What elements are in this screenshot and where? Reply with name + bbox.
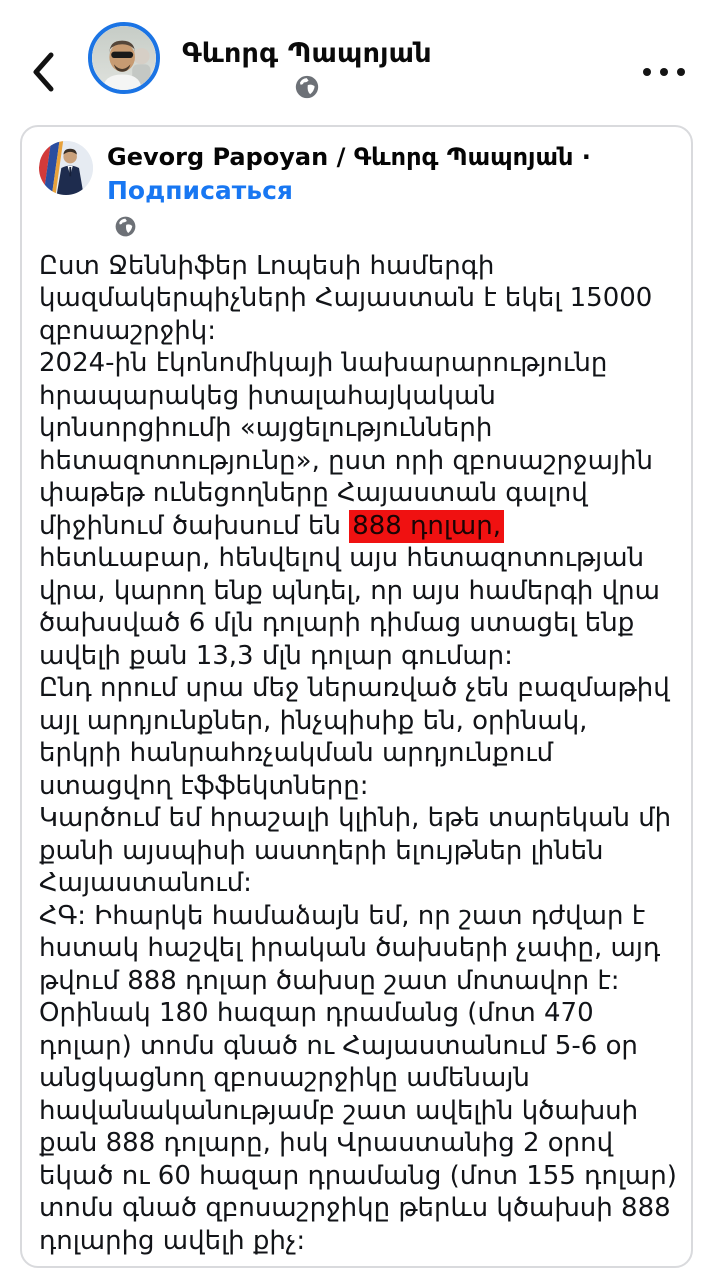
ellipsis-icon	[643, 68, 685, 76]
post-author-avatar[interactable]	[39, 141, 93, 195]
follow-button[interactable]: Подписаться	[107, 175, 293, 208]
chevron-left-icon	[28, 79, 58, 98]
avatar-photo-icon	[39, 141, 93, 195]
post-text-paragraph: ՀԳ: Իհարկե համաձայն եմ, որ շատ դժվար է հ…	[39, 900, 677, 1258]
post-body: Ըստ Ջեննիֆեր Լոպեսի համերգի կազմակերպիչն…	[39, 250, 677, 1258]
post-card: Gevorg Papoyan / Գևորգ Պապոյան · Подписа…	[20, 125, 693, 1268]
globe-icon	[182, 74, 432, 100]
profile-name-block: Գևորգ Պապոյան	[182, 22, 432, 100]
more-options-button[interactable]	[643, 62, 685, 82]
profile-header[interactable]: Գևորգ Պապոյան	[88, 22, 432, 100]
profile-avatar[interactable]	[88, 22, 160, 94]
post-text-segment: 2024-ին էկոնոմիկայի նախարարությունը հրապ…	[39, 348, 653, 541]
post-author-link[interactable]: Gevorg Papoyan / Գևորգ Պապոյան ·	[107, 141, 591, 173]
post-text-paragraph: Ըստ Ջեննիֆեր Լոպեսի համերգի կազմակերպիչն…	[39, 250, 677, 348]
highlighted-text: 888 դոլար,	[349, 510, 504, 543]
post-text-paragraph: 2024-ին էկոնոմիկայի նախարարությունը հրապ…	[39, 347, 677, 672]
globe-icon	[114, 215, 591, 238]
back-button[interactable]	[28, 50, 58, 94]
avatar-photo-icon	[92, 26, 156, 90]
post-head-text: Gevorg Papoyan / Գևորգ Պապոյան · Подписа…	[107, 141, 591, 238]
post-text-paragraph: Կարծում եմ հրաշալի կլինի, եթե տարեկան մի…	[39, 802, 677, 900]
post-text-paragraph: Ընդ որում սրա մեջ ներառված չեն բազմաթիվ …	[39, 672, 677, 802]
post-header: Gevorg Papoyan / Գևորգ Պապոյան · Подписа…	[39, 141, 677, 238]
top-bar: Գևորգ Պապոյան	[0, 0, 713, 122]
page-title: Գևորգ Պապոյան	[182, 38, 432, 69]
post-text-segment: հետևաբար, հենվելով այս հետազոտության վրա…	[39, 543, 660, 671]
